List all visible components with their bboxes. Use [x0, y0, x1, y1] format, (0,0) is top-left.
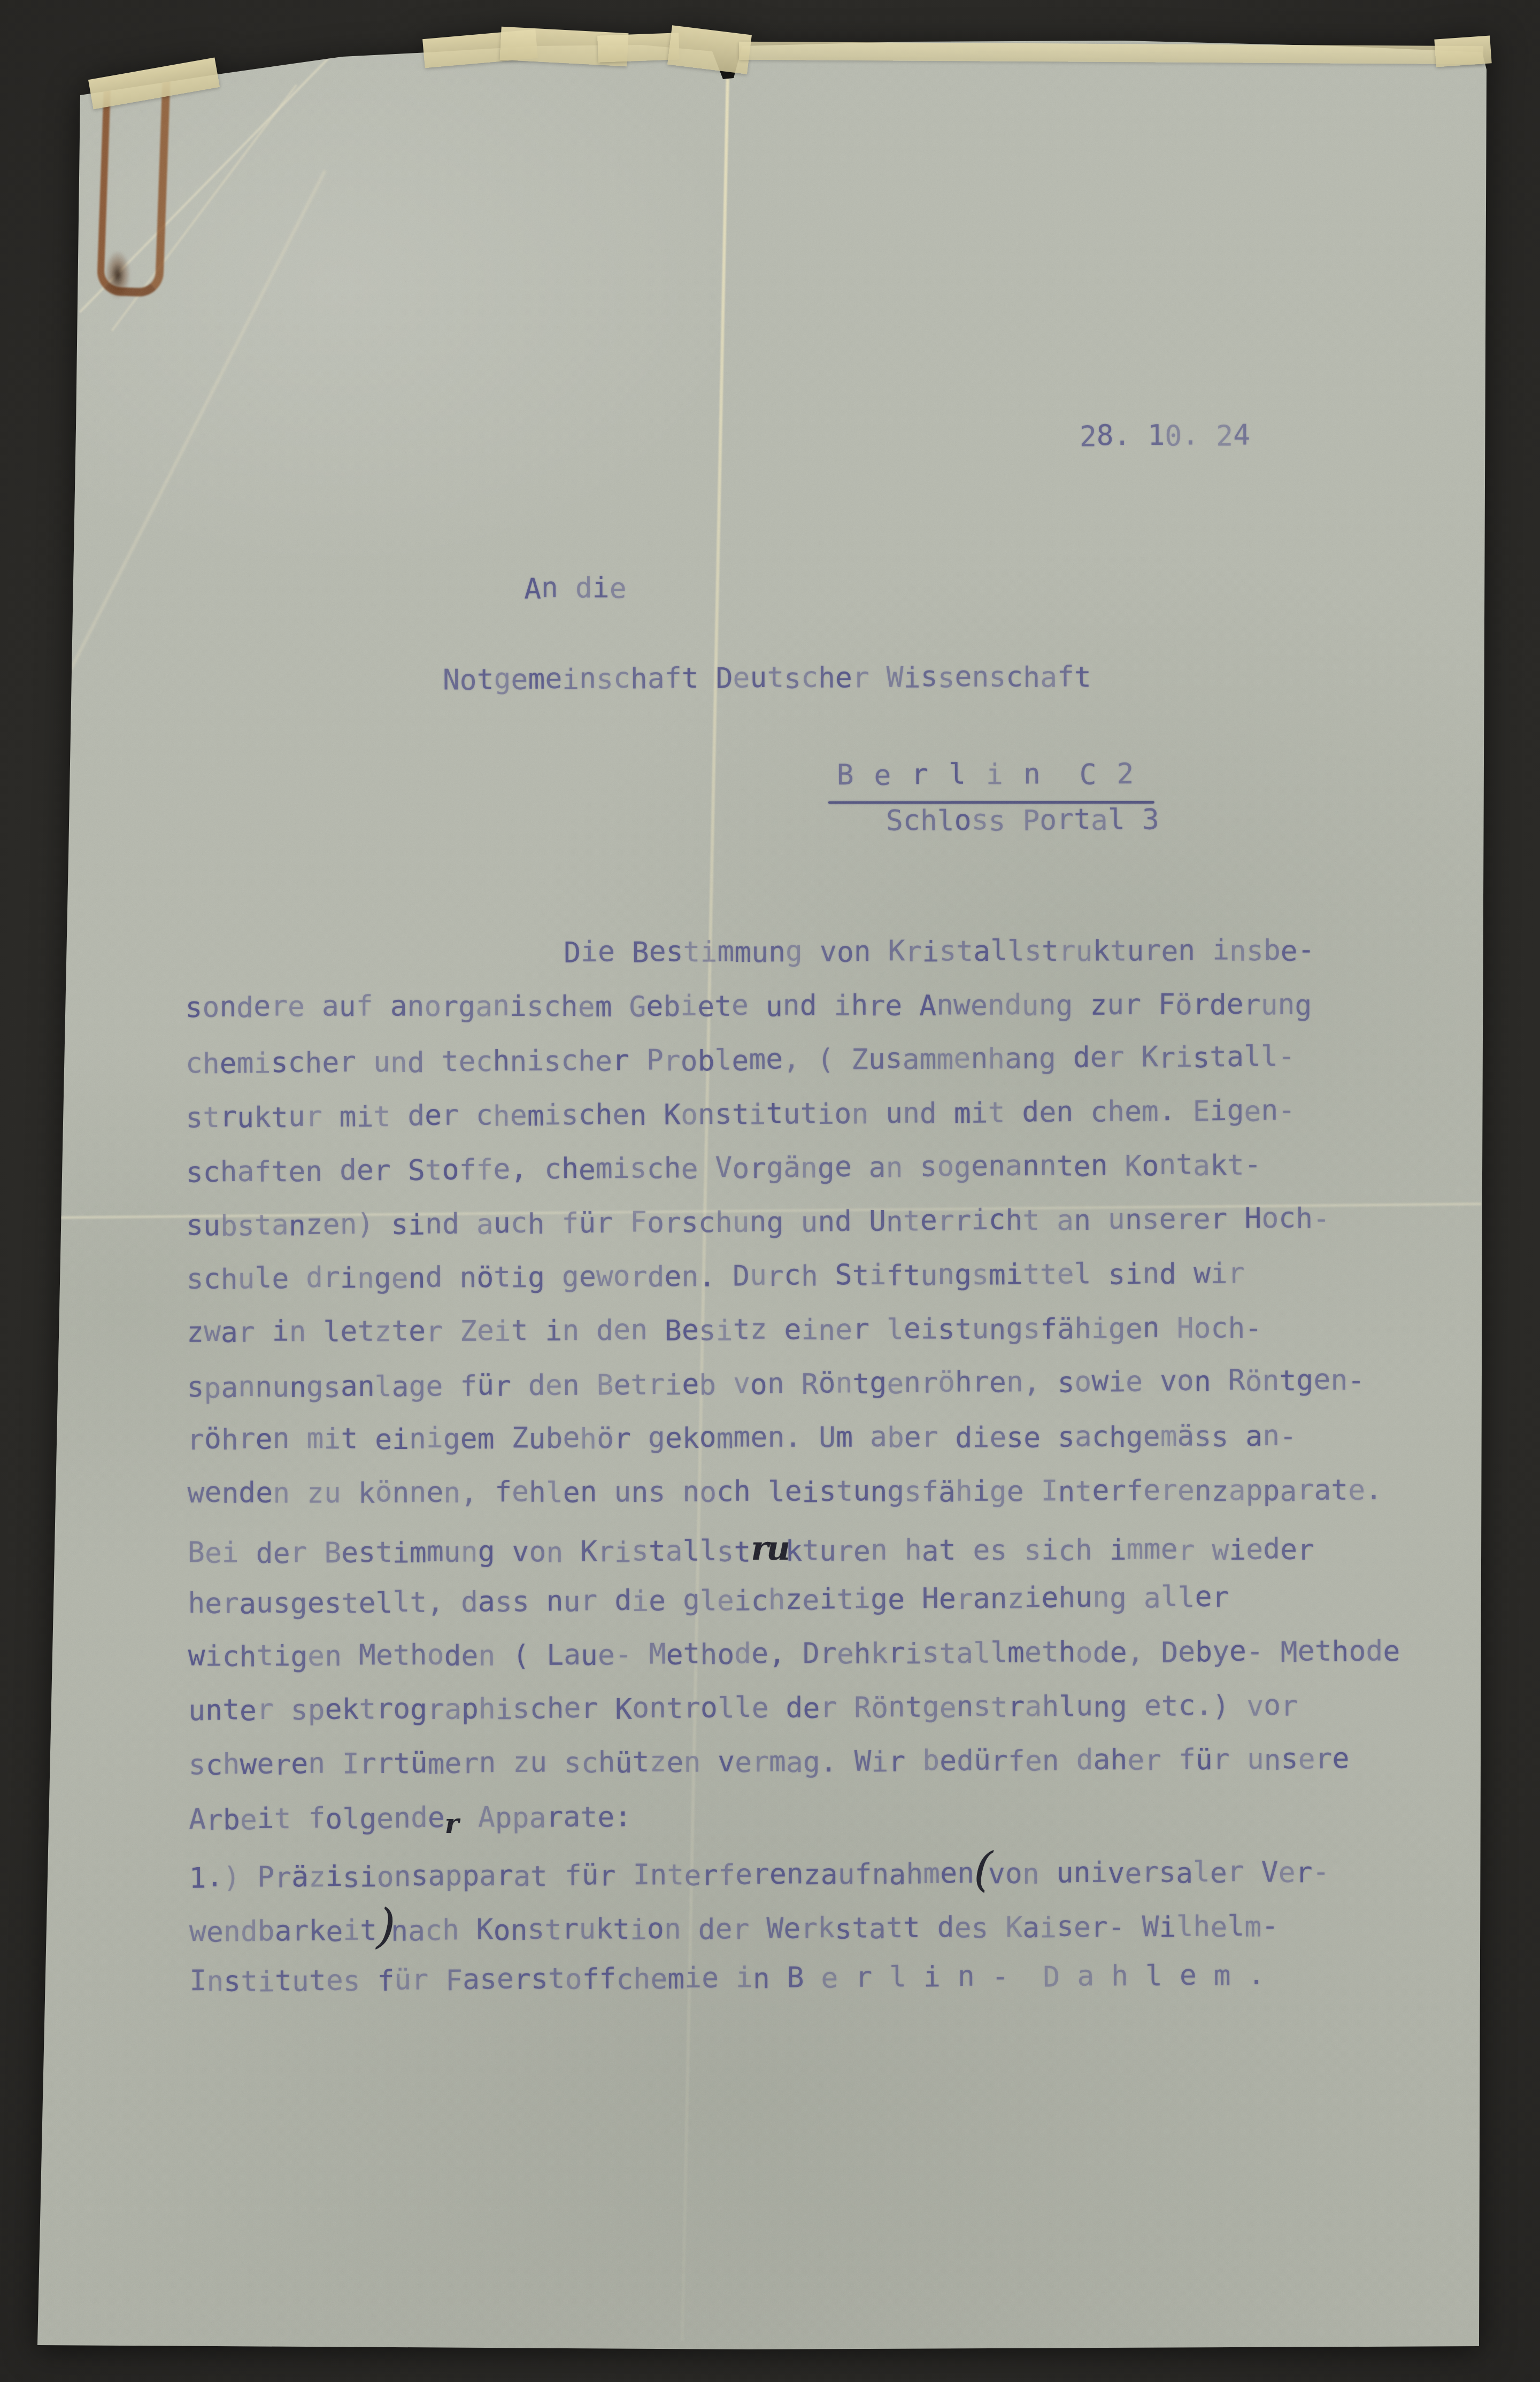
typed-text: Bei der Bestimmung von Kristallst	[188, 1535, 751, 1569]
typed-text: Apparate:	[461, 1801, 632, 1834]
typed-line: Institutes für Faserstoffchemie in B e r…	[189, 1958, 1402, 2019]
typed-line: chemischer und technischer Probleme, ( Z…	[186, 1040, 1398, 1101]
typed-line: schule dringend nötig geworden. Durch St…	[187, 1256, 1399, 1317]
typed-line: Bei der Bestimmung von Kristallstrukture…	[188, 1528, 1400, 1586]
typed-line: sondere auf anorganischem Gebiete und ih…	[185, 988, 1397, 1045]
typed-line: Arbeit folgender Apparate:	[189, 1795, 1401, 1857]
typed-line: wenden zu können, fehlen uns noch leistu…	[187, 1474, 1399, 1531]
typed-text: struktur mit der chemischen Konstitution…	[186, 1094, 1295, 1134]
typed-line: substanzen) sind auch für Forschung und …	[186, 1201, 1398, 1263]
handwritten-insertion: )	[376, 1911, 391, 1940]
typed-text: nach Konstruktion der Werkstatt des Kais…	[391, 1910, 1279, 1947]
typed-text: spannungsanlage für den Betrieb von Rönt…	[187, 1364, 1365, 1405]
letter-content: 28. 10. 24 An die Notgemeinschaft Deutsc…	[0, 0, 1540, 2382]
typed-text: schaften der Stoffe, chemische Vorgänge …	[186, 1148, 1261, 1188]
typed-text: kturen hat es sich immer wieder	[785, 1533, 1314, 1568]
typed-text: wenden zu können, fehlen uns noch leistu…	[187, 1474, 1382, 1509]
typed-line: wichtigen Methoden ( Laue- Methode, Dreh…	[188, 1635, 1400, 1694]
typed-text: unter spektrographischer Kontrolle der R…	[188, 1690, 1298, 1727]
scanned-letter-photograph: { "meta": { "background_color": "#2b2a27…	[0, 0, 1540, 2382]
typed-line: herausgestellt, dass nur die gleichzeiti…	[188, 1579, 1400, 1641]
tape-strip	[1434, 35, 1491, 67]
typed-line: wendbarkeit)nach Konstruktion der Werkst…	[189, 1905, 1402, 1964]
typed-text: Institutes für Faserstoffchemie in B e r…	[189, 1959, 1265, 1998]
typed-line: schweren Irrtümern zu schützen vermag. W…	[189, 1743, 1401, 1802]
recipient-street: Schloss Portal 3	[886, 804, 1159, 837]
typed-line: struktur mit der chemischen Konstitution…	[186, 1094, 1398, 1156]
photo-mount-background: 28. 10. 24 An die Notgemeinschaft Deutsc…	[0, 0, 1540, 2382]
typed-line: röhren mit einigem Zubehör gekommen. Um …	[187, 1420, 1399, 1477]
recipient-city: B e r l i n C 2	[836, 758, 1135, 791]
typed-text: 1.) Präzisionsapparat für Interferenzauf…	[189, 1857, 974, 1894]
handwritten-insertion: (	[974, 1855, 989, 1884]
typed-text: von universaler Ver-	[988, 1856, 1330, 1890]
typed-line: 1.) Präzisionsapparat für Interferenzauf…	[189, 1851, 1401, 1910]
typed-text: herausgestellt, dass nur die gleichzeiti…	[188, 1581, 1229, 1620]
typed-text: Die Bestimmung von Kristallstrukturen in…	[564, 934, 1315, 969]
typed-line: Die Bestimmung von Kristallstrukturen in…	[185, 934, 1397, 991]
typed-line: unter spektrographischer Kontrolle der R…	[188, 1689, 1400, 1748]
typed-text: Arbeit folgende	[189, 1802, 445, 1836]
typed-text: chemischer und technischer Probleme, ( Z…	[186, 1040, 1295, 1080]
paper-shadow-wrap: 28. 10. 24 An die Notgemeinschaft Deutsc…	[0, 0, 1540, 2382]
typed-text: sondere auf anorganischem Gebiete und ih…	[185, 989, 1312, 1023]
typed-text: schweren Irrtümern zu schützen vermag. W…	[189, 1743, 1350, 1782]
body-lines: Die Bestimmung von Kristallstrukturen in…	[185, 933, 1402, 2018]
typed-text: röhren mit einigem Zubehör gekommen. Um …	[187, 1420, 1297, 1455]
handwritten-insertion: r	[445, 1808, 461, 1839]
tape-strip	[597, 33, 680, 62]
typed-text: schule dringend nötig geworden. Durch St…	[187, 1257, 1245, 1296]
recipient-name: Notgemeinschaft Deutscher Wissenschaft	[443, 660, 1091, 696]
typed-line: schaften der Stoffe, chemische Vorgänge …	[186, 1147, 1398, 1209]
typed-line: spannungsanlage für den Betrieb von Rönt…	[187, 1363, 1399, 1425]
handwritten-insertion: ru	[751, 1529, 785, 1568]
letter-date: 28. 10. 24	[1080, 419, 1250, 452]
typed-text: wendbarkeit	[189, 1915, 377, 1948]
typed-text: zwar in letzter Zeit in den Besitz einer…	[187, 1312, 1262, 1348]
typed-line: zwar in letzter Zeit in den Besitz einer…	[187, 1311, 1399, 1370]
recipient-salutation: An die	[524, 572, 627, 605]
typed-text: substanzen) sind auch für Forschung und …	[186, 1202, 1330, 1243]
letter-paper: 28. 10. 24 An die Notgemeinschaft Deutsc…	[0, 0, 1540, 2382]
typed-text: wichtigen Methoden ( Laue- Methode, Dreh…	[188, 1635, 1400, 1673]
